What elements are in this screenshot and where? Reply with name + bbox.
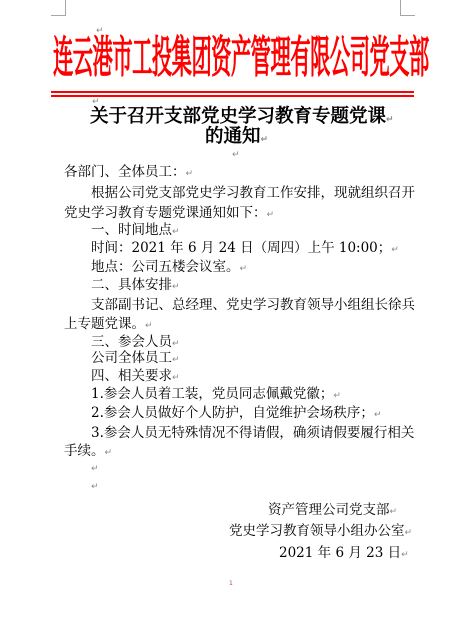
red-divider-line-bottom bbox=[51, 95, 414, 97]
section-1-heading-text: 一、时间地点 bbox=[91, 222, 172, 238]
paragraph-mark-icon: ↵ bbox=[145, 321, 153, 331]
paragraph-mark-icon: ↵ bbox=[186, 169, 194, 179]
section-heading-arrangement: 二、具体安排↵ bbox=[91, 276, 180, 296]
red-divider-line-top bbox=[51, 91, 414, 93]
requirement-item-3: 3.参会人员无特殊情况不得请假，确须请假要履行相关 bbox=[91, 424, 414, 442]
arrangement-line-1: 支部副书记、总经理、党史学习教育领导小组组长徐兵 bbox=[91, 296, 415, 314]
meeting-time: 时间：2021 年 6 月 24 日（周四）上午 10:00；↵ bbox=[91, 239, 399, 259]
page-number: 1 bbox=[229, 580, 233, 587]
paragraph-mark-icon: ↵ bbox=[261, 135, 269, 145]
paragraph-mark-icon: ↵ bbox=[333, 391, 341, 401]
arrangement-line-2-text: 上专题党课。 bbox=[64, 316, 145, 332]
intro-paragraph-line-1: 根据公司党支部党史学习教育工作安排，现就组织召开 bbox=[91, 184, 415, 202]
signature-org-2: 党史学习教育领导小组办公室↵ bbox=[229, 522, 412, 542]
meeting-place: 地点：公司五楼会议室。↵ bbox=[91, 258, 247, 278]
salutation: 各部门、全体员工：↵ bbox=[64, 163, 193, 183]
requirement-item-2: 2.参会人员做好个人防护，自觉维护会场秩序；↵ bbox=[91, 404, 381, 424]
attendees-value: 公司全体员工 bbox=[91, 350, 172, 366]
section-4-heading-text: 四、相关要求 bbox=[91, 368, 172, 384]
paragraph-mark-icon: ↵ bbox=[390, 507, 398, 517]
signature-org-1: 资产管理公司党支部↵ bbox=[268, 501, 397, 521]
meeting-place-text: 地点：公司五楼会议室。 bbox=[91, 259, 240, 275]
paragraph-mark-icon: ↵ bbox=[374, 410, 382, 420]
paragraph-mark-icon: ↵ bbox=[401, 550, 409, 560]
section-heading-time-place: 一、时间地点↵ bbox=[91, 221, 180, 241]
paragraph-mark-icon: ↵ bbox=[405, 528, 413, 538]
paragraph-mark-icon: ↵ bbox=[391, 245, 399, 255]
paragraph-mark-icon: ↵ bbox=[267, 210, 275, 220]
paragraph-mark-icon: ↵ bbox=[172, 282, 180, 292]
section-3-heading-text: 三、参会人员 bbox=[91, 334, 172, 350]
signature-date: 2021 年 6 月 23 日↵ bbox=[279, 544, 409, 564]
paragraph-mark-icon: ↵ bbox=[240, 264, 248, 274]
requirement-1-text: 1.参会人员着工装，党员同志佩戴党徽； bbox=[91, 386, 333, 402]
paragraph-mark-icon: ↵ bbox=[386, 115, 394, 125]
paragraph-mark-icon: ↵ bbox=[232, 150, 240, 160]
requirement-3-cont-text: 手续。 bbox=[64, 443, 105, 459]
signature-org-2-text: 党史学习教育领导小组办公室 bbox=[229, 523, 405, 539]
notice-title-line-2: 的通知↵ bbox=[205, 127, 268, 150]
meeting-time-text: 时间：2021 年 6 月 24 日（周四）上午 10:00； bbox=[91, 240, 391, 256]
requirement-2-text: 2.参会人员做好个人防护，自觉维护会场秩序； bbox=[91, 405, 374, 421]
title-line-2-text: 的通知 bbox=[205, 126, 261, 147]
attendees-text: 公司全体员工↵ bbox=[91, 349, 180, 369]
paragraph-mark-icon: ↵ bbox=[172, 355, 180, 365]
paragraph-mark-icon: ↵ bbox=[91, 464, 99, 474]
signature-date-text: 2021 年 6 月 23 日 bbox=[279, 545, 401, 561]
requirement-item-1: 1.参会人员着工装，党员同志佩戴党徽；↵ bbox=[91, 385, 341, 405]
title-line-1-text: 关于召开支部党史学习教育专题党课 bbox=[90, 106, 386, 127]
arrangement-line-2: 上专题党课。↵ bbox=[64, 315, 153, 335]
salutation-text: 各部门、全体员工： bbox=[64, 164, 186, 180]
intro-line-2-text: 党史学习教育专题党课通知如下： bbox=[64, 205, 267, 221]
signature-org-1-text: 资产管理公司党支部 bbox=[268, 502, 390, 518]
paragraph-mark-icon: ↵ bbox=[105, 448, 113, 458]
page-corner-mark-top-right bbox=[400, 0, 415, 16]
section-2-heading-text: 二、具体安排 bbox=[91, 277, 172, 293]
paragraph-mark-icon: ↵ bbox=[172, 227, 180, 237]
paragraph-mark-icon: ↵ bbox=[172, 373, 180, 383]
requirement-item-3-continued: 手续。↵ bbox=[64, 442, 112, 462]
paragraph-mark-icon: ↵ bbox=[91, 482, 99, 492]
red-letterhead: 连云港市工投集团资产管理有限公司党支部 bbox=[53, 34, 413, 86]
section-heading-requirements: 四、相关要求↵ bbox=[91, 367, 180, 387]
paragraph-mark-icon: ↵ bbox=[172, 339, 180, 349]
